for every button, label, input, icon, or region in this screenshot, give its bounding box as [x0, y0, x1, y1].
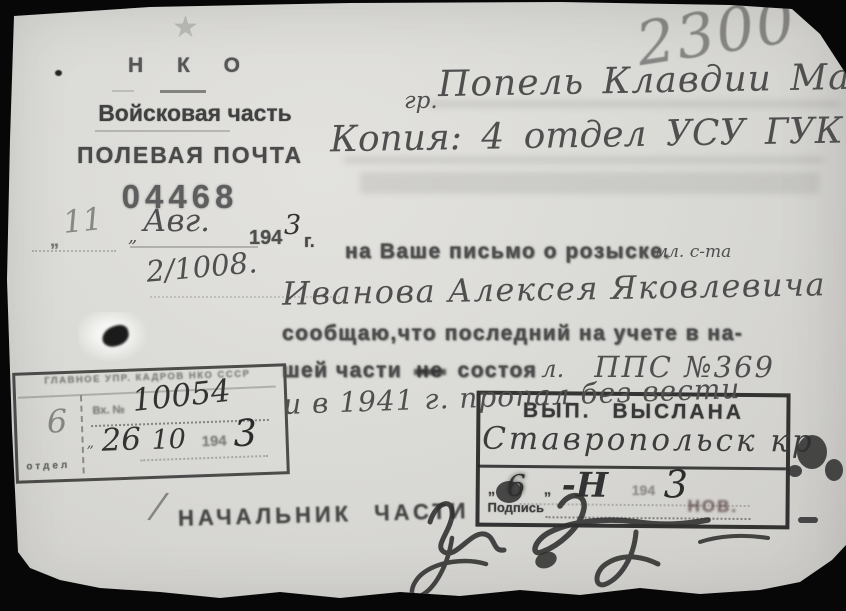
- scan-background: ★ Н К О Войсковая часть ПОЛЕВАЯ ПОЧТА 04…: [0, 0, 846, 611]
- signature-strokes: [412, 496, 768, 597]
- document-paper: ★ Н К О Войсковая часть ПОЛЕВАЯ ПОЧТА 04…: [0, 0, 846, 611]
- signature-ink: [0, 0, 846, 611]
